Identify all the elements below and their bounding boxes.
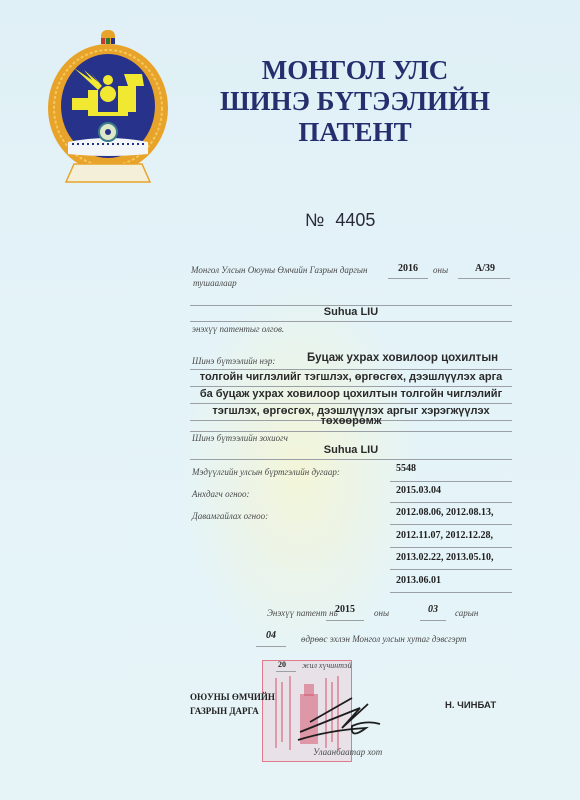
- signature-icon: [280, 690, 390, 750]
- title-line-1: МОНГОЛ УЛС: [190, 55, 520, 86]
- patent-certificate: МОНГОЛ УЛС ШИНЭ БҮТЭЭЛИЙН ПАТЕНТ № 4405 …: [0, 0, 580, 800]
- signatory-name: Н. ЧИНБАТ: [445, 700, 496, 711]
- document-title: МОНГОЛ УЛС ШИНЭ БҮТЭЭЛИЙН ПАТЕНТ: [190, 55, 520, 148]
- state-emblem-icon: [44, 30, 172, 190]
- validity-year: 2015: [326, 604, 364, 615]
- grantee-caption: энэхүү патентыг олгов.: [192, 324, 284, 334]
- invention-title-line-1: Буцаж ухрах ховилоор цохилтын: [307, 352, 498, 364]
- validity-day: 04: [258, 630, 284, 641]
- author-label: Шинэ бүтээлийн зохиогч: [192, 433, 288, 443]
- number-value: 4405: [335, 210, 375, 230]
- priority-date-line-4: 2013.06.01: [396, 575, 441, 586]
- invention-title-line-3: ба буцаж ухрах ховилоор цохилтын толгойн…: [190, 388, 512, 400]
- invention-title-line-5: төхөөрөмж: [190, 415, 512, 427]
- patent-number: № 4405: [305, 210, 375, 231]
- order-year: 2016: [388, 263, 428, 274]
- filing-date-label: Анхдагч огноо:: [192, 489, 250, 499]
- signatory-position-line-2: ГАЗРЫН ДАРГА: [190, 706, 259, 716]
- validity-years-suffix: жил хүчинтэй: [302, 661, 352, 670]
- validity-year-suffix: оны: [374, 608, 389, 618]
- order-number: А/39: [460, 263, 510, 274]
- priority-date-line-3: 2013.02.22, 2013.05.10,: [396, 552, 494, 563]
- validity-month: 03: [420, 604, 446, 615]
- invention-title-line-2: толгойн чиглэлийг тэгшлэх, өргөсгөх, дээ…: [190, 371, 512, 383]
- validity-day-suffix: өдрөөс эхлэн Монгол улсын хутаг дэвсгэрт: [301, 634, 466, 644]
- order-prefix: Монгол Улсын Оюуны Өмчийн Газрын даргын: [191, 265, 367, 275]
- author-name: Suhua LIU: [190, 444, 512, 456]
- validity-month-suffix: сарын: [455, 608, 478, 618]
- number-symbol: №: [305, 210, 324, 230]
- validity-years: 20: [278, 660, 286, 669]
- order-year-suffix: оны: [433, 265, 448, 275]
- place-of-issue: Улаанбаатар хот: [313, 747, 382, 757]
- signatory-position-line-1: ОЮУНЫ ӨМЧИЙН: [190, 692, 275, 702]
- invention-label: Шинэ бүтээлийн нэр:: [192, 356, 275, 366]
- priority-date-line-1: 2012.08.06, 2012.08.13,: [396, 507, 494, 518]
- application-number: 5548: [396, 463, 416, 474]
- order-suffix: тушаалаар: [193, 278, 237, 288]
- priority-date-line-2: 2012.11.07, 2012.12.28,: [396, 530, 493, 541]
- title-line-3: ПАТЕНТ: [190, 117, 520, 148]
- filing-date: 2015.03.04: [396, 485, 441, 496]
- grantee-name: Suhua LIU: [190, 306, 512, 318]
- title-line-2: ШИНЭ БҮТЭЭЛИЙН: [190, 86, 520, 117]
- priority-dates-label: Давамгайлах огноо:: [192, 511, 268, 521]
- application-number-label: Мэдүүлгийн улсын бүртгэлийн дугаар:: [192, 467, 340, 477]
